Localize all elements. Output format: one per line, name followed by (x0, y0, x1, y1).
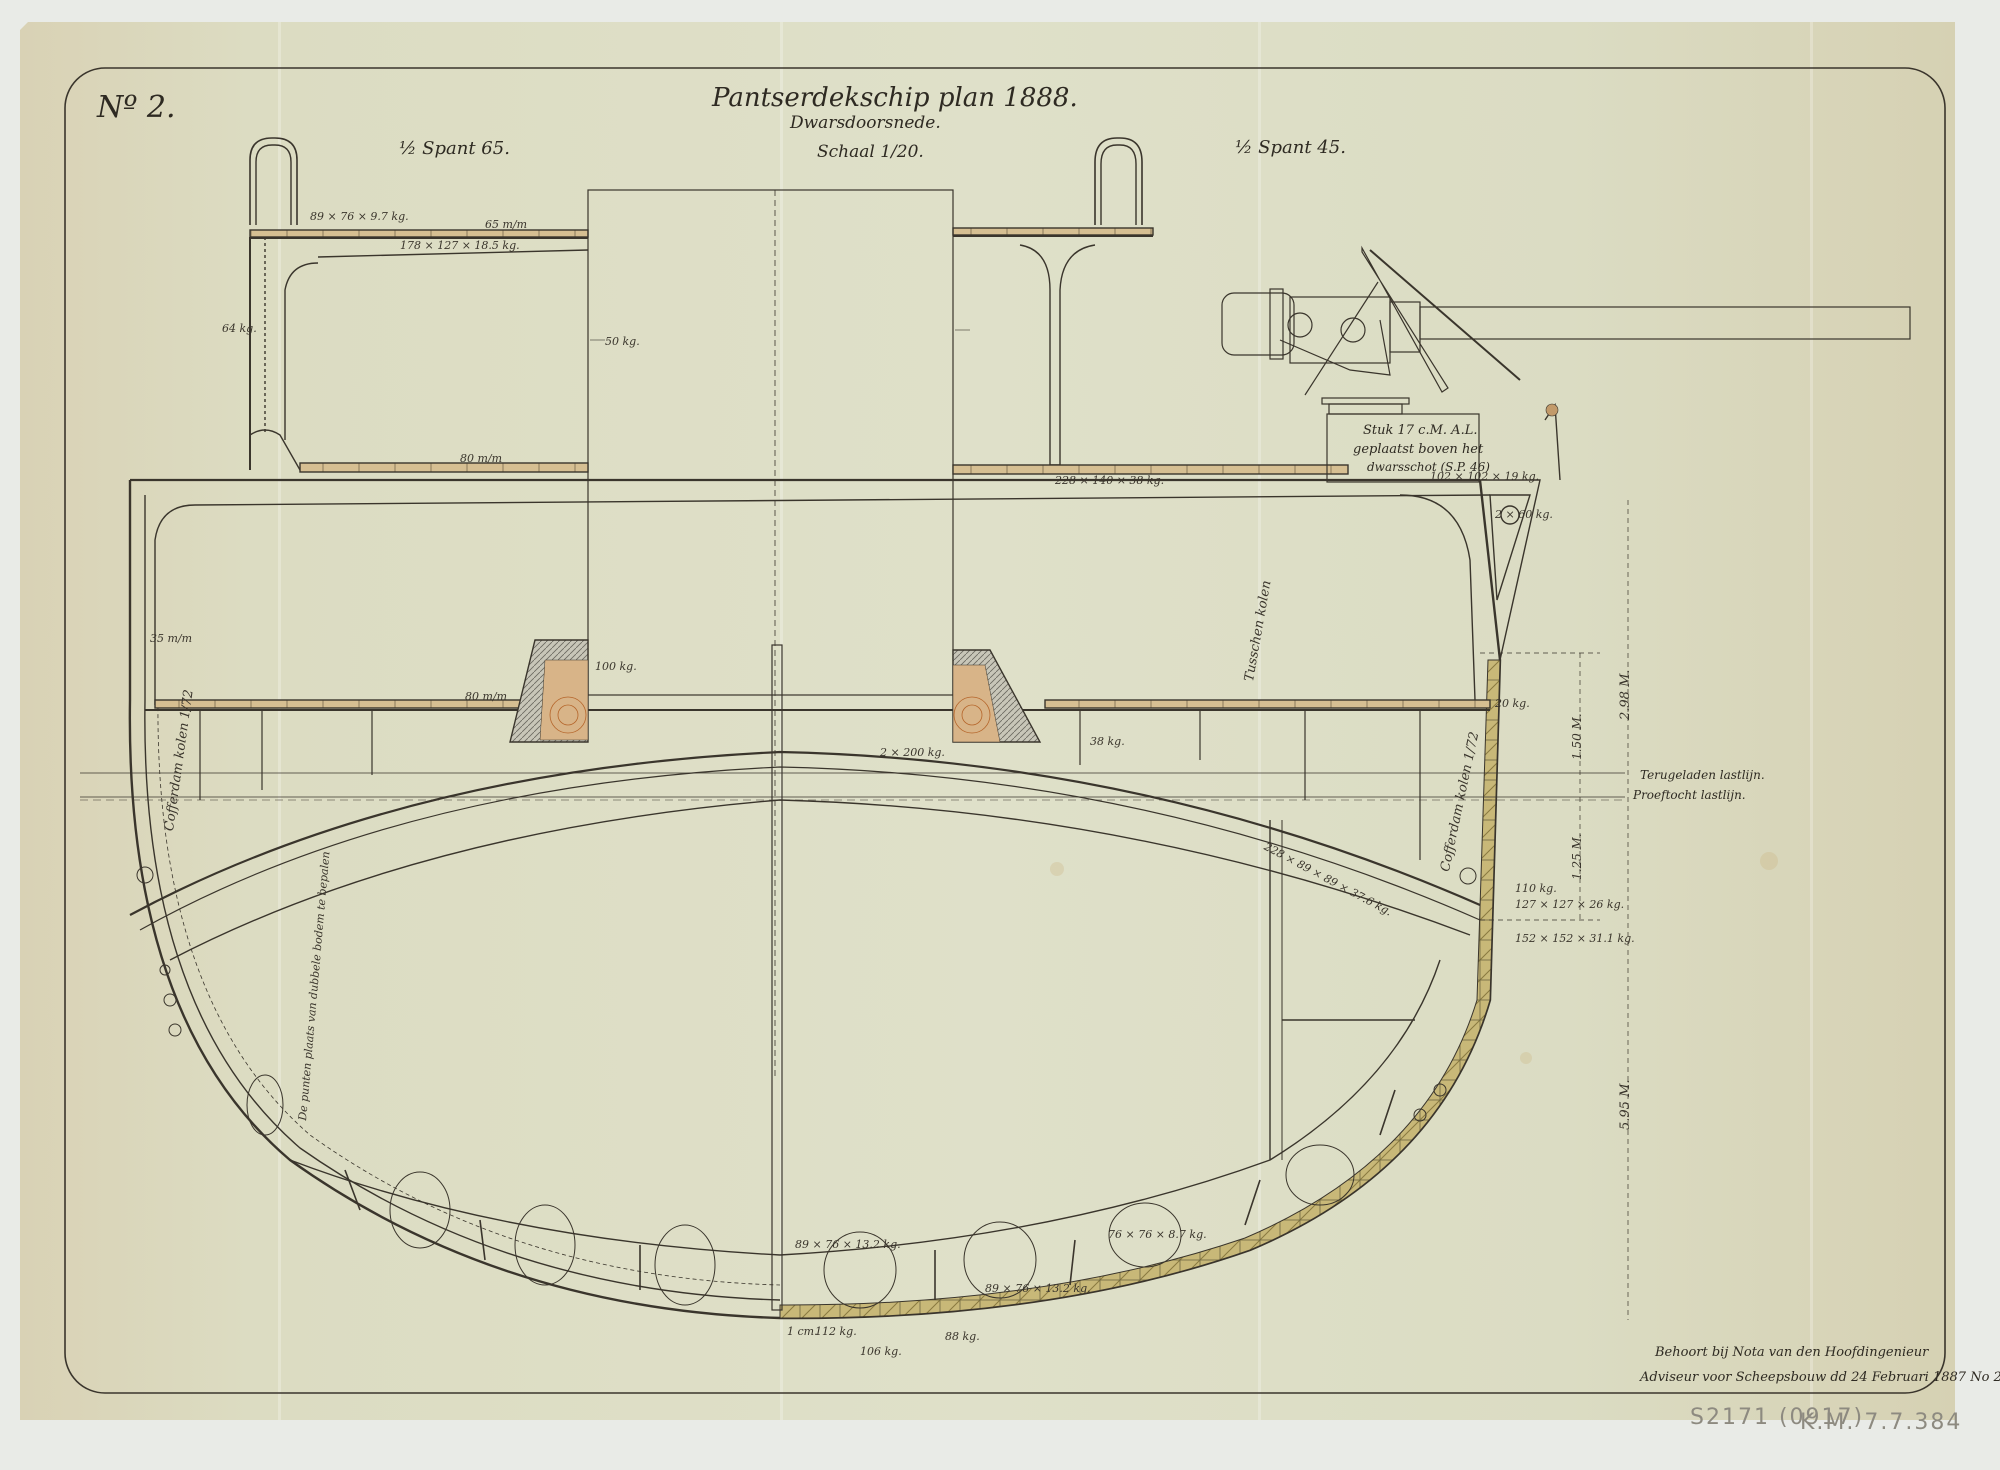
approval-line2: Adviseur voor Scheepsbouw dd 24 Februari… (1640, 1370, 2000, 1385)
annot-bottom-a: 89 × 76 × 13.2 kg. (795, 1238, 901, 1251)
annot-wt-2x60: 2 × 60 kg. (1495, 508, 1553, 521)
annot-keel-b: 112 kg. (815, 1325, 857, 1338)
ship-cross-section (0, 0, 2000, 1470)
waterline-lower-label: Proeftocht lastlijn. (1633, 788, 1746, 802)
frame-right-label: ½ Spant 45. (1235, 137, 1346, 158)
annot-bottom-c: 89 × 76 × 13.2 kg. (985, 1282, 1091, 1295)
drawing-title: Pantserdekschip plan 1888. (712, 83, 1078, 113)
sheet-number: Nº 2. (97, 90, 176, 125)
dimension-1-25: 1.25 M. (1570, 833, 1584, 880)
archive-mark-right: K.M. 7.7.384 (1800, 1410, 1962, 1435)
annot-keel-a: 1 cm. (787, 1325, 818, 1338)
frame-left-label: ½ Spant 65. (399, 138, 510, 159)
dimension-1-50: 1.50 M. (1570, 713, 1584, 760)
gun-note-line2: geplaatst boven het (1353, 442, 1483, 457)
waterline-upper-label: Terugeladen lastlijn. (1640, 768, 1765, 782)
dimension-5-95: 5.95 M. (1618, 1079, 1633, 1130)
annot-wt-50: 50 kg. (605, 335, 640, 348)
annot-wt-38: 38 kg. (1090, 735, 1125, 748)
annot-wt-2x200: 2 × 200 kg. (880, 746, 945, 759)
annot-side-b: 20 kg. (1495, 697, 1530, 710)
annot-deck-thk-top: 65 m/m (485, 218, 527, 231)
annot-bracket-a: 127 × 127 × 26 kg. (1515, 898, 1624, 911)
dimension-2-98: 2.98 M. (1618, 669, 1633, 720)
annot-deck-beam-left: 178 × 127 × 18.5 kg. (400, 239, 520, 252)
annot-deck-beam-right: 228 × 140 × 38 kg. (1055, 474, 1164, 487)
annot-side-a: 110 kg. (1515, 882, 1557, 895)
gun-mount (1222, 248, 1910, 482)
gun-note-line1: Stuk 17 c.M. A.L. (1363, 423, 1477, 438)
annot-deck-thk-mid: 80 m/m (460, 452, 502, 465)
annot-keel-d: 88 kg. (945, 1330, 980, 1343)
annot-side-thk: 35 m/m (150, 632, 192, 645)
annot-wt-100: 100 kg. (595, 660, 637, 673)
annot-angle-top: 89 × 76 × 9.7 kg. (310, 210, 409, 223)
annot-keel-c: 106 kg. (860, 1345, 902, 1358)
approval-line1: Behoort bij Nota van den Hoofdingenieur (1655, 1345, 1928, 1360)
annot-angle-side: 102 × 102 × 19 kg. (1430, 470, 1539, 483)
annot-deck-thk-low: 80 m/m (465, 690, 507, 703)
annot-wt-64: 64 kg. (222, 322, 257, 335)
drawing-scale: Schaal 1/20. (817, 142, 924, 162)
drawing-subtitle: Dwarsdoorsnede. (790, 113, 941, 133)
annot-bracket-b: 152 × 152 × 31.1 kg. (1515, 932, 1635, 945)
annot-bottom-b: 76 × 76 × 8.7 kg. (1108, 1228, 1207, 1241)
